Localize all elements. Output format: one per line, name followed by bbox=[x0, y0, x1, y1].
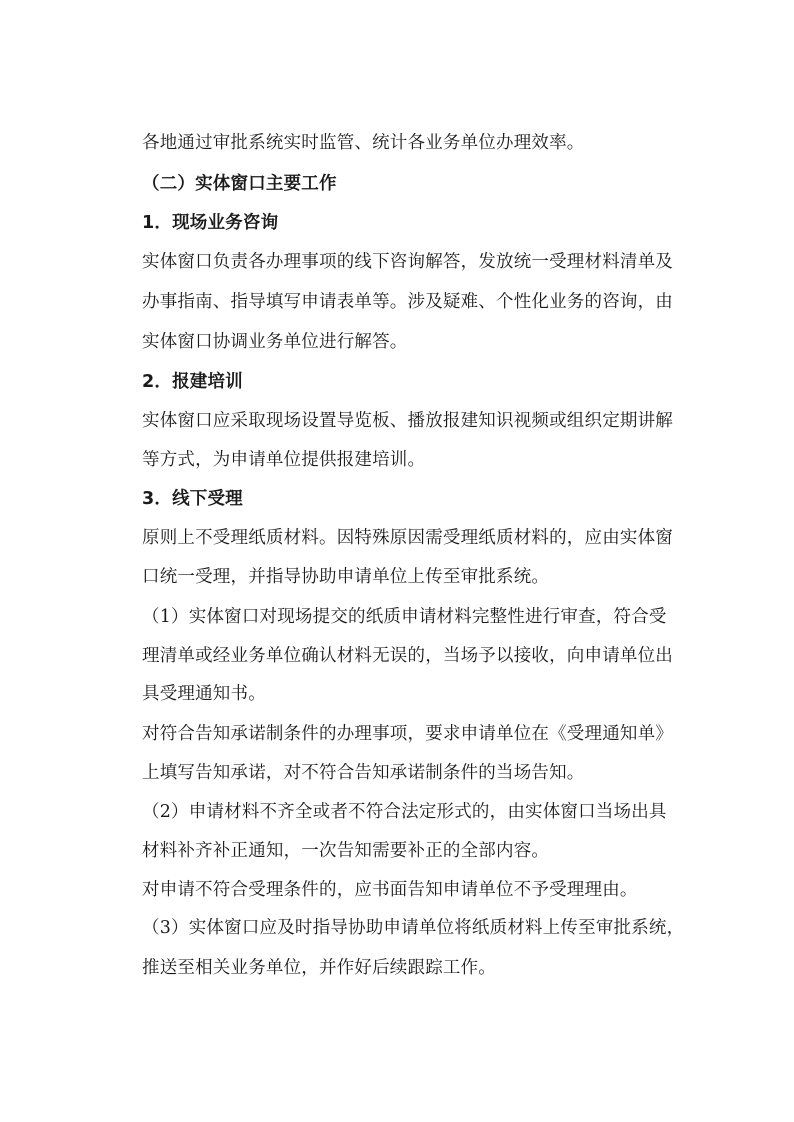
paragraph-line: 实体窗口负责各办理事项的线下咨询解答，发放统一受理材料清单及 bbox=[142, 251, 722, 273]
paragraph-line: （3）实体窗口应及时指导协助申请单位将纸质材料上传至审批系统， bbox=[142, 917, 722, 939]
section-heading: （二）实体窗口主要工作 bbox=[142, 173, 722, 195]
paragraph-line: 材料补齐补正通知，一次告知需要补正的全部内容。 bbox=[142, 840, 722, 862]
paragraph-line: 实体窗口协调业务单位进行解答。 bbox=[142, 331, 722, 353]
paragraph-line: 对申请不符合受理条件的，应书面告知申请单位不予受理理由。 bbox=[142, 879, 722, 901]
paragraph-line: 上填写告知承诺，对不符合告知承诺制条件的当场告知。 bbox=[142, 762, 722, 784]
paragraph-line: 原则上不受理纸质材料。因特殊原因需受理纸质材料的，应由实体窗 bbox=[142, 527, 722, 549]
document-page: 各地通过审批系统实时监管、统计各业务单位办理效率。 （二）实体窗口主要工作 1．… bbox=[0, 0, 794, 1122]
paragraph-line: 实体窗口应采取现场设置导览板、播放报建知识视频或组织定期讲解 bbox=[142, 410, 722, 432]
paragraph-line: 各地通过审批系统实时监管、统计各业务单位办理效率。 bbox=[142, 132, 722, 154]
paragraph-line: 办事指南、指导填写申请表单等。涉及疑难、个性化业务的咨询，由 bbox=[142, 291, 722, 313]
subsection-heading: 2．报建培训 bbox=[142, 371, 722, 393]
subsection-heading: 1．现场业务咨询 bbox=[142, 212, 722, 234]
paragraph-line: 等方式，为申请单位提供报建培训。 bbox=[142, 449, 722, 471]
paragraph-line: 对符合告知承诺制条件的办理事项，要求申请单位在《受理通知单》 bbox=[142, 723, 722, 745]
paragraph-line: 具受理通知书。 bbox=[142, 683, 722, 705]
paragraph-line: 推送至相关业务单位，并作好后续跟踪工作。 bbox=[142, 957, 722, 979]
paragraph-line: 理清单或经业务单位确认材料无误的，当场予以接收，向申请单位出 bbox=[142, 645, 722, 667]
paragraph-line: （2）申请材料不齐全或者不符合法定形式的，由实体窗口当场出具 bbox=[142, 801, 722, 823]
paragraph-line: （1）实体窗口对现场提交的纸质申请材料完整性进行审查，符合受 bbox=[142, 606, 722, 628]
subsection-heading: 3．线下受理 bbox=[142, 488, 722, 510]
paragraph-line: 口统一受理，并指导协助申请单位上传至审批系统。 bbox=[142, 566, 722, 588]
